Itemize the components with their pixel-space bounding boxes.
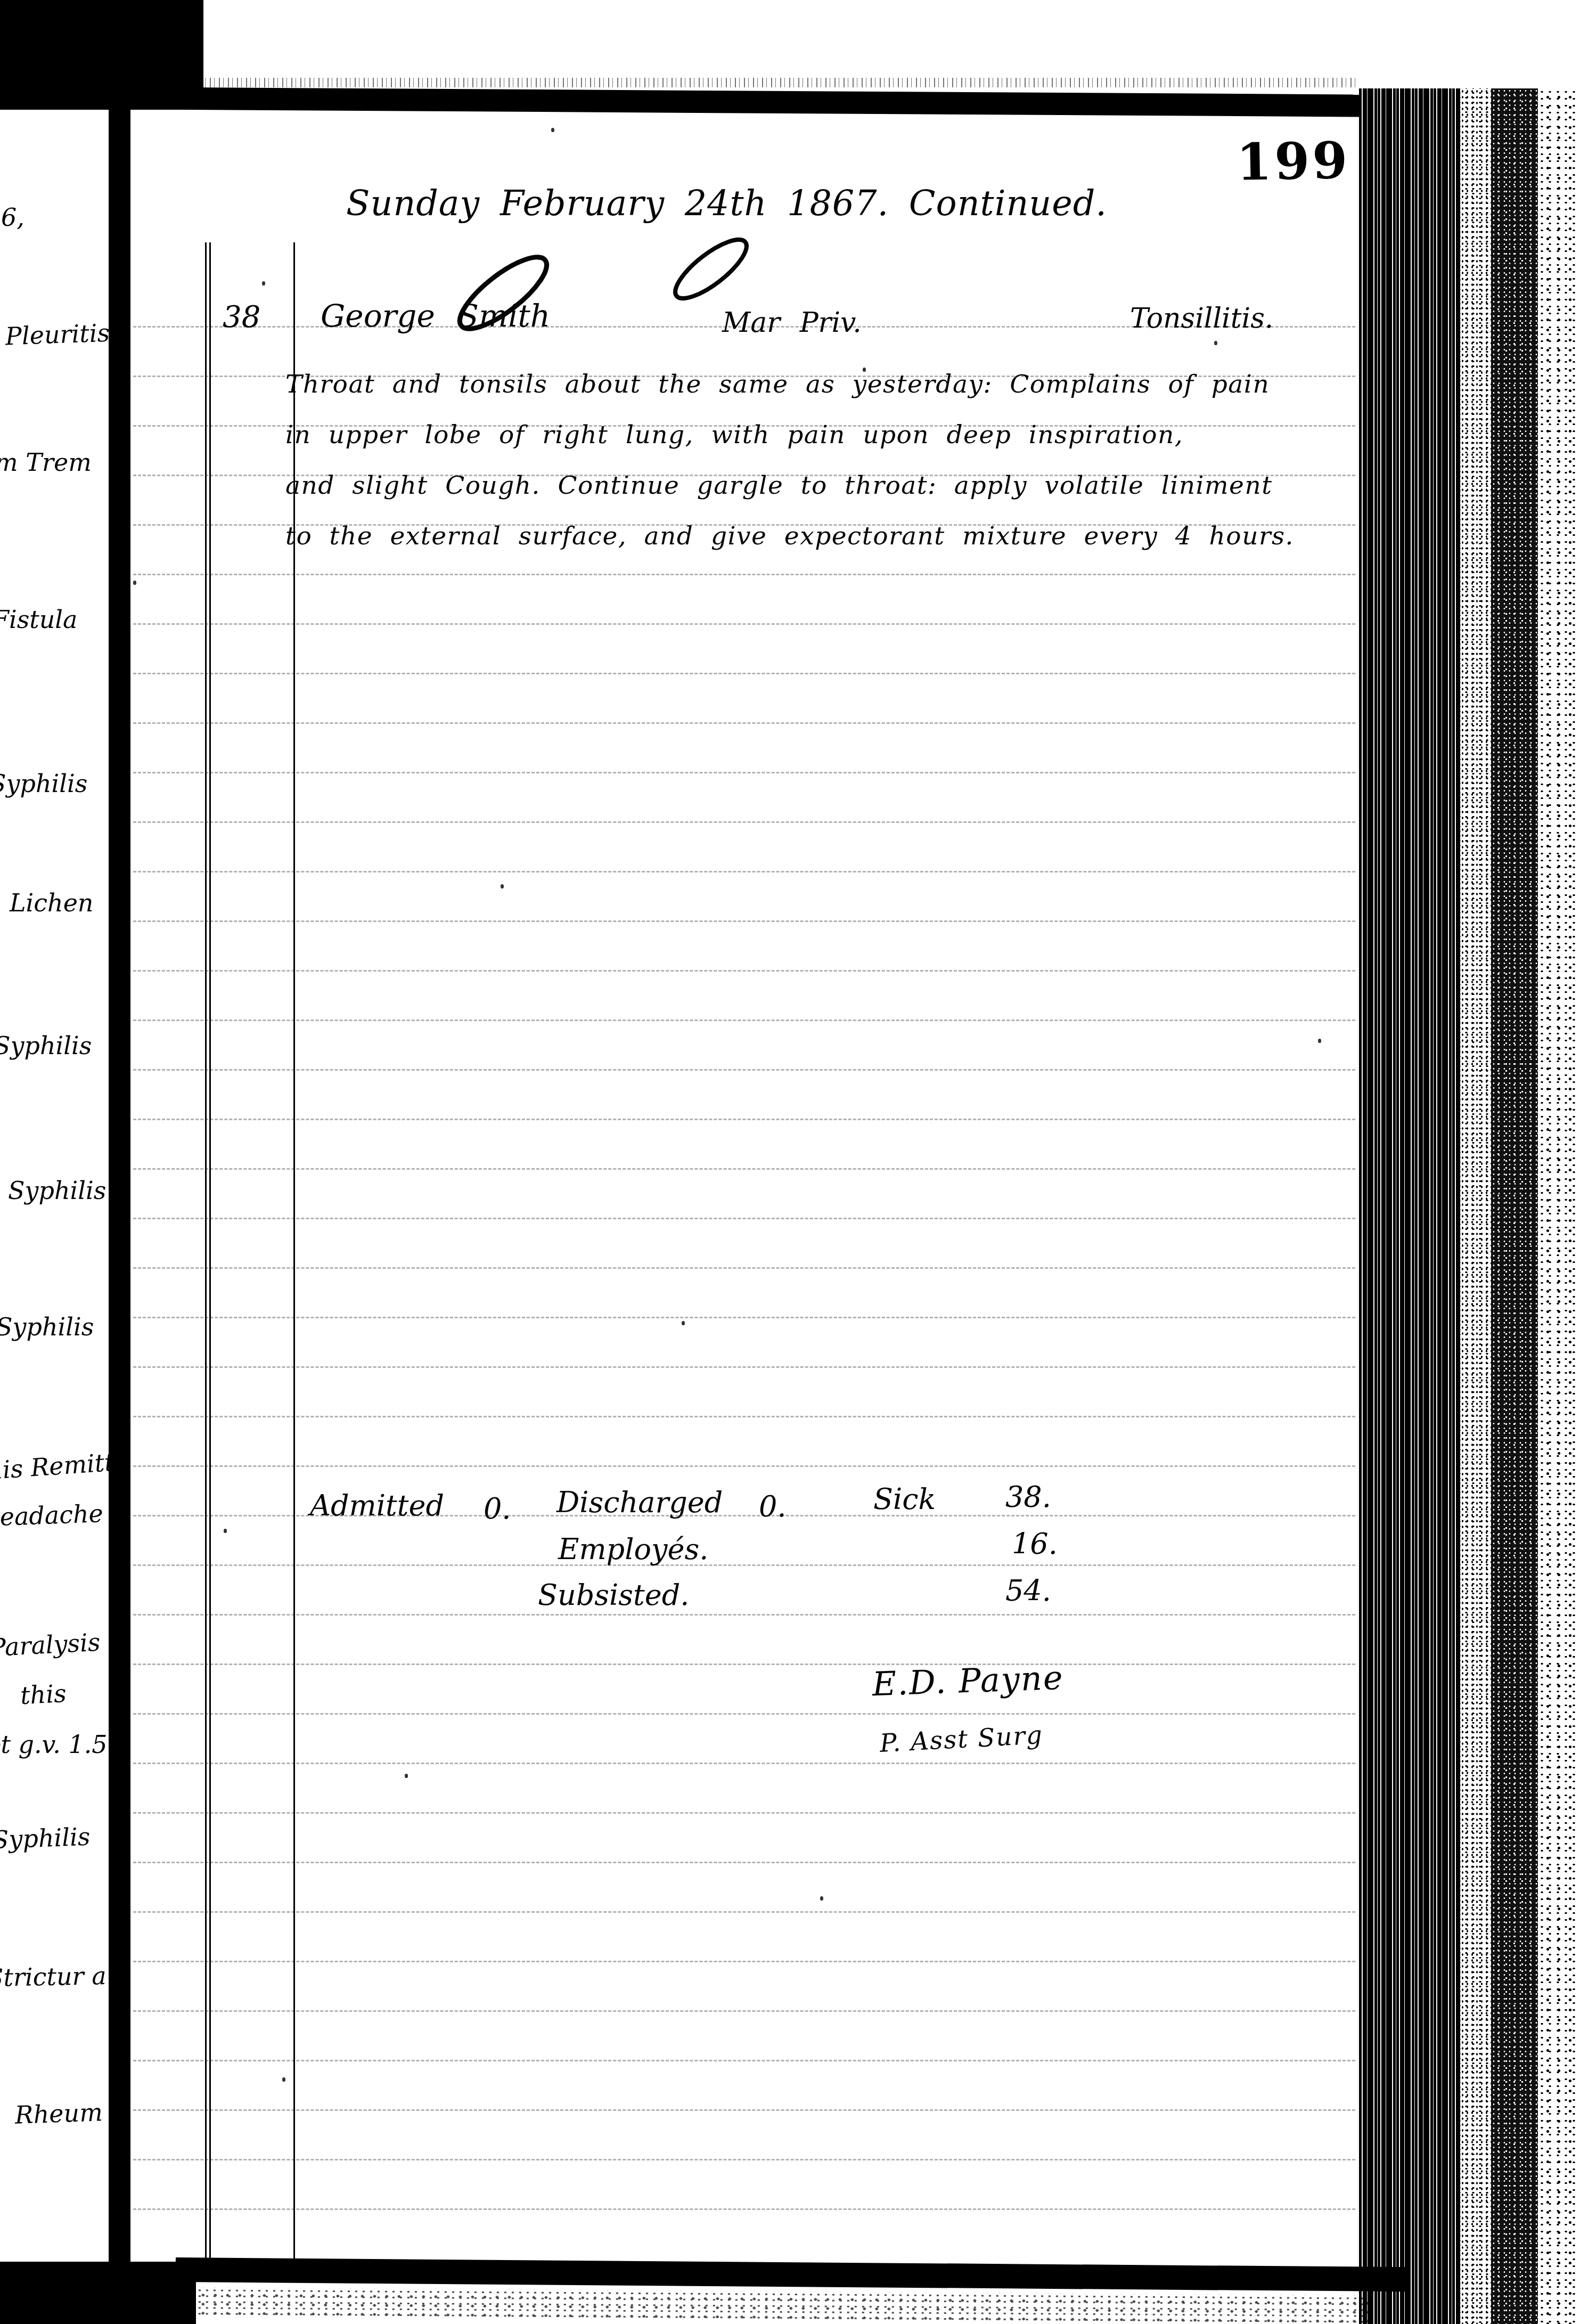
ledger-ruled-line bbox=[133, 1119, 1355, 1120]
summary-sick-value: 38. bbox=[1005, 1483, 1051, 1512]
patient-rank: Mar Priv. bbox=[722, 309, 862, 337]
case-note-line: Throat and tonsils about the same as yes… bbox=[285, 372, 1270, 397]
ledger-ruled-line bbox=[133, 1564, 1355, 1566]
ink-speck bbox=[405, 1774, 408, 1778]
ledger-ruled-line bbox=[133, 2010, 1355, 2012]
margin-note: Syphilis bbox=[0, 771, 87, 796]
margin-note: his Remitt bbox=[0, 1450, 110, 1483]
ledger-ruled-line bbox=[133, 1911, 1355, 1913]
ink-speck bbox=[682, 1321, 685, 1325]
ledger-ruled-line bbox=[133, 2159, 1355, 2160]
summary-sick-label: Sick bbox=[873, 1485, 936, 1514]
ink-speck bbox=[551, 128, 554, 132]
ledger-vertical-rule bbox=[209, 242, 211, 2262]
page-number: 199 bbox=[1236, 135, 1350, 188]
fore-edge-page-striations bbox=[1359, 88, 1460, 2324]
ledger-ruled-line bbox=[133, 1812, 1355, 1814]
pen-flourish bbox=[0, 0, 1580, 2324]
ledger-ruled-line bbox=[133, 623, 1355, 625]
ledger-ruled-line bbox=[133, 1713, 1355, 1715]
ledger-ruled-line bbox=[133, 772, 1355, 773]
ledger-ruled-line bbox=[133, 1763, 1355, 1764]
ledger-ruled-line bbox=[133, 1168, 1355, 1170]
date-header: Sunday February 24th 1867. Continued. bbox=[346, 186, 1107, 221]
ledger-ruled-line bbox=[133, 1366, 1355, 1368]
ledger-ruled-line bbox=[133, 722, 1355, 724]
ink-speck bbox=[1214, 341, 1217, 345]
scan-black-corner-bottom-left bbox=[0, 2262, 196, 2324]
fore-edge-texture-light bbox=[1538, 88, 1580, 2324]
margin-note: Lichen bbox=[10, 891, 94, 915]
ledger-ruled-line bbox=[133, 2060, 1355, 2061]
margin-note: headache bbox=[0, 1501, 104, 1530]
ledger-ruled-line bbox=[133, 1416, 1355, 1417]
ink-speck bbox=[282, 2077, 285, 2082]
diagnosis: Tonsillitis. bbox=[1130, 305, 1273, 332]
ledger-ruled-line bbox=[133, 574, 1355, 575]
summary-employes-value: 16. bbox=[1012, 1530, 1058, 1559]
ledger-ruled-line bbox=[133, 970, 1355, 972]
page-top-edge-shadow bbox=[185, 87, 1365, 117]
signature-name: E.D. Payne bbox=[872, 1661, 1064, 1701]
book-fore-edge bbox=[1359, 88, 1580, 2324]
ledger-ruled-line bbox=[133, 1664, 1355, 1665]
ledger-ruled-line bbox=[133, 673, 1355, 674]
summary-admitted-value: 0. bbox=[484, 1495, 511, 1523]
margin-note: Syphilis bbox=[0, 1824, 91, 1852]
margin-note: Syphilis bbox=[8, 1178, 106, 1203]
ink-speck bbox=[224, 1529, 227, 1533]
ink-speck bbox=[262, 281, 265, 286]
margin-note: 6, bbox=[1, 205, 24, 230]
margin-note: pt g.v. 1.5 bbox=[0, 1732, 108, 1757]
ink-speck bbox=[501, 884, 504, 888]
ledger-ruled-line bbox=[133, 1317, 1355, 1318]
ink-speck bbox=[133, 581, 136, 585]
scanned-ledger-page: 6, Pleuritis m Trem Fistula Syphilis Lic… bbox=[0, 0, 1580, 2324]
ink-speck bbox=[863, 368, 866, 372]
ink-speck bbox=[1318, 1039, 1321, 1043]
patient-name: George Smith bbox=[321, 300, 550, 331]
ledger-ruled-line bbox=[133, 1862, 1355, 1863]
facing-page-margin: 6, Pleuritis m Trem Fistula Syphilis Lic… bbox=[0, 0, 110, 2324]
margin-note: Syphilis bbox=[0, 1033, 92, 1058]
ledger-ruled-line bbox=[133, 871, 1355, 872]
ledger-ruled-line bbox=[133, 1961, 1355, 1962]
margin-note: Pleuritis bbox=[5, 321, 110, 349]
margin-note: this bbox=[20, 1681, 67, 1708]
ledger-ruled-line bbox=[133, 2109, 1355, 2111]
case-note-line: in upper lobe of right lung, with pain u… bbox=[285, 422, 1183, 447]
ledger-vertical-rule bbox=[205, 242, 207, 2262]
ledger-ruled-line bbox=[133, 1020, 1355, 1021]
ledger-ruled-line bbox=[133, 1465, 1355, 1467]
margin-note: Strictur a bbox=[0, 1963, 107, 1990]
margin-note: Rheum bbox=[14, 2100, 103, 2127]
page-bottom-edge-shadow bbox=[176, 2257, 1409, 2292]
summary-admitted-label: Admitted bbox=[310, 1491, 444, 1520]
summary-subsisted-value: 54. bbox=[1005, 1577, 1051, 1605]
ledger-ruled-line bbox=[133, 1069, 1355, 1071]
book-gutter-shadow bbox=[109, 109, 130, 2265]
signature-title: P. Asst Surg bbox=[879, 1723, 1044, 1756]
case-note-line: to the external surface, and give expect… bbox=[285, 524, 1294, 549]
ledger-ruled-line bbox=[133, 1218, 1355, 1219]
margin-note: Syphilis bbox=[0, 1315, 94, 1339]
ledger-ruled-line bbox=[133, 920, 1355, 922]
margin-note: m Trem bbox=[0, 450, 92, 475]
fore-edge-texture-dark bbox=[1491, 88, 1538, 2324]
summary-employes-label: Employés. bbox=[558, 1535, 708, 1564]
scan-black-corner-top-left bbox=[0, 0, 203, 110]
summary-subsisted-label: Subsisted. bbox=[538, 1581, 689, 1610]
page-top-edge-noise bbox=[192, 78, 1358, 87]
page-bottom-edge-noise bbox=[181, 2287, 1374, 2323]
ledger-ruled-line bbox=[133, 1614, 1355, 1616]
summary-discharged-value: 0. bbox=[759, 1493, 787, 1521]
case-note-line: and slight Cough. Continue gargle to thr… bbox=[285, 473, 1273, 498]
fore-edge-texture-mid bbox=[1460, 88, 1491, 2324]
ledger-ruled-line bbox=[133, 1267, 1355, 1269]
margin-note: Paralysis bbox=[0, 1630, 101, 1660]
ledger-ruled-line bbox=[133, 2208, 1355, 2210]
ink-speck bbox=[820, 1896, 823, 1901]
ledger-ruled-line bbox=[133, 821, 1355, 823]
margin-note: Fistula bbox=[0, 607, 77, 632]
case-number: 38 bbox=[223, 303, 260, 332]
summary-discharged-label: Discharged bbox=[556, 1488, 723, 1517]
